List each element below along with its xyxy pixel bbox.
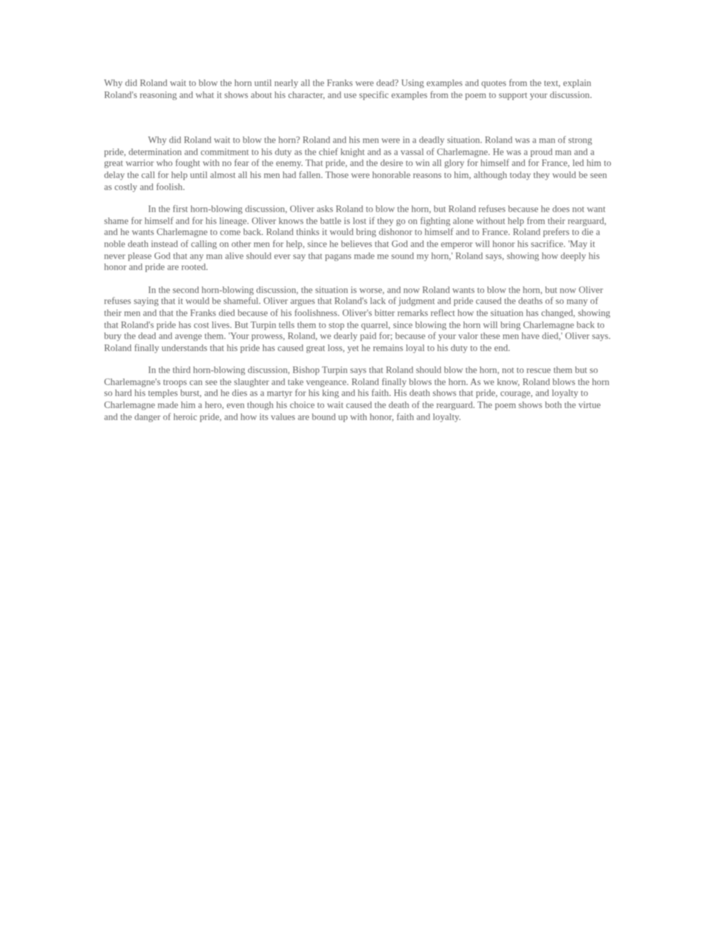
- essay-paragraph-4: In the third horn-blowing discussion, Bi…: [104, 365, 616, 423]
- essay-paragraph-2: In the first horn-blowing discussion, Ol…: [104, 204, 616, 274]
- essay-paragraph-1: Why did Roland wait to blow the horn? Ro…: [104, 135, 616, 193]
- essay-prompt: Why did Roland wait to blow the horn unt…: [104, 78, 616, 101]
- essay-paragraph-3: In the second horn-blowing discussion, t…: [104, 285, 616, 355]
- document-page: Why did Roland wait to blow the horn unt…: [0, 0, 720, 936]
- essay-body: Why did Roland wait to blow the horn unt…: [104, 78, 616, 434]
